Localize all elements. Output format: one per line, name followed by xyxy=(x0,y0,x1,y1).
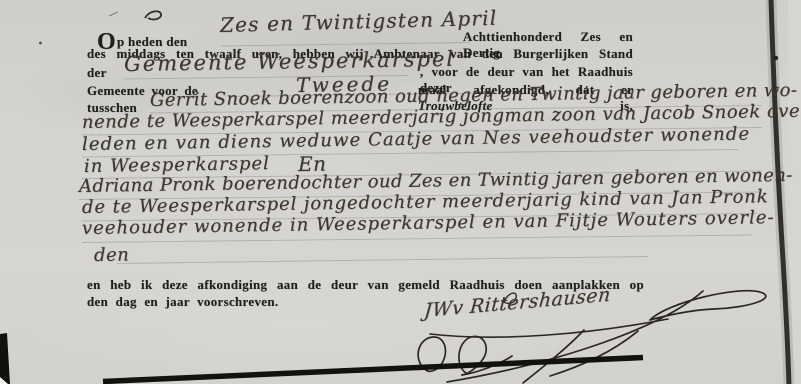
ruled-line xyxy=(117,257,648,264)
printed-der: der xyxy=(87,65,107,81)
scanned-civil-record: Op heden den Zes en Twintigsten April Ac… xyxy=(0,0,801,384)
signature-underline-flourish xyxy=(430,319,668,337)
paraph-stroke xyxy=(550,331,638,376)
printed-closing-line-2: den dag en jaar voorschreven. xyxy=(87,294,278,310)
ink-dot xyxy=(39,42,42,45)
ink-squiggle xyxy=(145,11,161,19)
handwritten-bride-line: den xyxy=(94,244,130,266)
binding-nick xyxy=(774,56,778,60)
corner-ink-mark xyxy=(0,333,10,384)
bottom-thick-rule xyxy=(103,358,643,382)
ink-dash xyxy=(109,12,118,16)
